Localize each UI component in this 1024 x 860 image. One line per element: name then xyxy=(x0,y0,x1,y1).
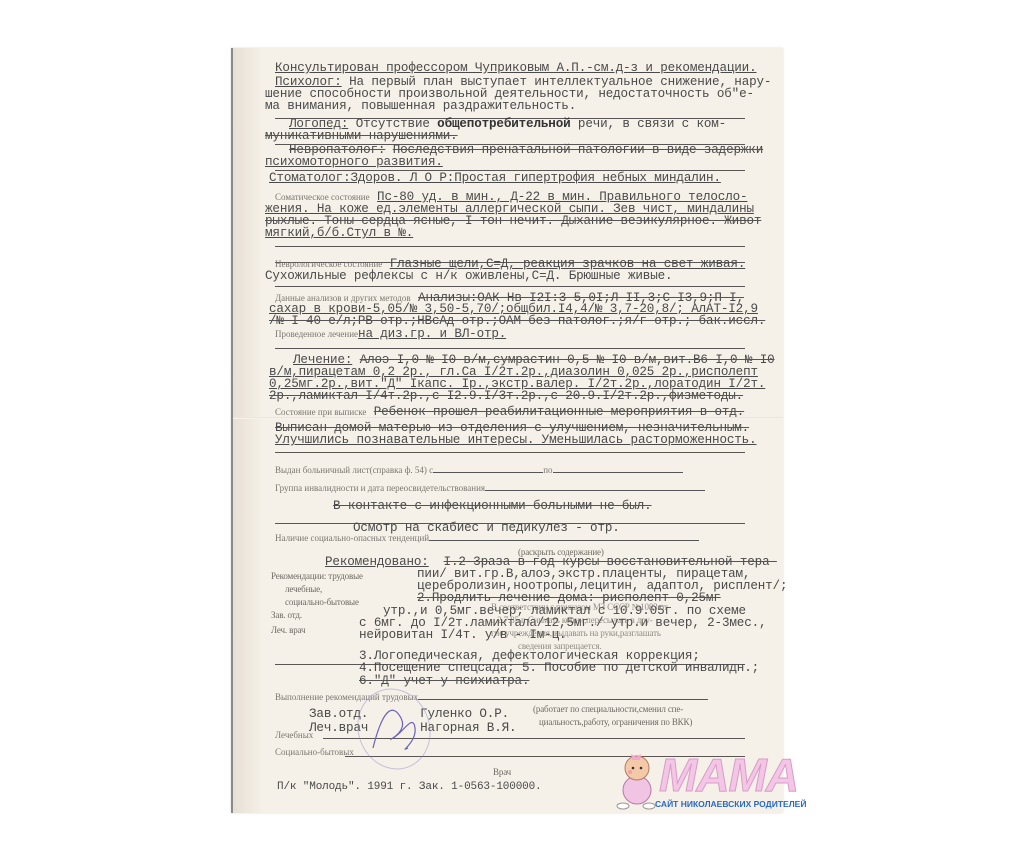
privacy-note-2: ...2.7.85 г. Снимать копии,пересылать в … xyxy=(491,614,745,627)
somatic-line-4: мягкий,б/б.Стул в №. xyxy=(265,227,745,240)
rule xyxy=(275,246,745,247)
dentist-line: Стоматолог:Здоров. Л О Р:Простая гипертр… xyxy=(269,172,745,185)
rule xyxy=(275,286,745,287)
logoped-line-2: муникативными нарушениями. xyxy=(265,130,745,143)
rule xyxy=(275,452,745,453)
analyses-line-3: /№ I-40 е/л;РВ-отр.;НВсАд-отр.;ОАМ-без п… xyxy=(269,315,745,328)
rule xyxy=(275,348,745,349)
recommended-line-10: 6."Д" учет у психиатра. xyxy=(359,675,745,688)
neurologist-line-2: психомоторного развития. xyxy=(265,156,745,169)
contact-line: В контакте с инфекционными больными не б… xyxy=(333,500,745,513)
watermark-subtitle: САЙТ НИКОЛАЕВСКИХ РОДИТЕЛЕЙ xyxy=(655,799,806,809)
privacy-note-1: В соответствии с приказом МЗ СССР №1083 … xyxy=(491,601,745,614)
medical-document-page: Консультирован профессором Чуприковым А.… xyxy=(231,48,783,813)
neuro-state-line-2: Сухожильные рефлексы с н/к оживлены,С=Д.… xyxy=(265,270,745,283)
psychologist-line-3: ма внимания, повышенная раздражительност… xyxy=(265,100,745,113)
treatment-done-line: Проведенное лечениена диз.гр. и ВЛ-отр. xyxy=(275,328,745,341)
discharge-line-3: Улучшились познавательные интересы. Умен… xyxy=(275,434,745,447)
consultation-line: Консультирован профессором Чуприковым А.… xyxy=(275,62,745,75)
sick-leave-line: Выдан больничный лист(справка ф. 54) спо xyxy=(275,464,745,477)
treatment-line-4: 2р.,ламиктал I/4т.2р.,с I2.9.I/3т.2р.,с … xyxy=(269,390,745,403)
social-danger-line: Наличие социально-опасных тенденций xyxy=(275,532,745,545)
signature-scribble xyxy=(363,698,423,758)
discharge-line-1: Состояние при выписке Ребенок прошел реа… xyxy=(275,406,745,419)
watermark-title: МАМА xyxy=(659,748,798,802)
disability-line: Группа инвалидности и дата переосвидетел… xyxy=(275,482,745,495)
watermark-logo: МАМА САЙТ НИКОЛАЕВСКИХ РОДИТЕЛЕЙ xyxy=(615,748,795,818)
medical-label: Лечебных xyxy=(275,729,745,742)
page-shadow xyxy=(233,48,263,813)
privacy-note-3: гие учреждения, выдавать на руки,разглаш… xyxy=(491,627,745,640)
